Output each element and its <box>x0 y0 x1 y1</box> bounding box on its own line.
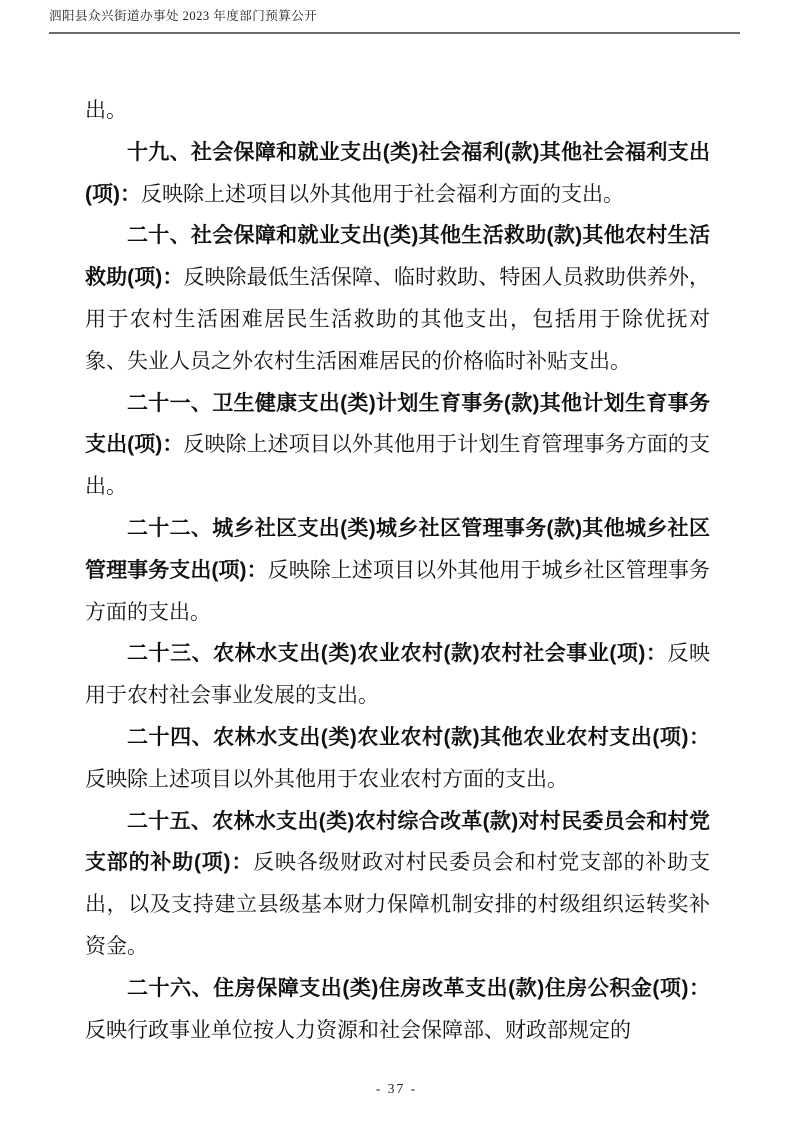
budget-item-25: 二十五、农林水支出(类)农村综合改革(款)对村民委员会和村党支部的补助(项)：反… <box>85 801 710 968</box>
budget-item-19: 十九、社会保障和就业支出(类)社会福利(款)其他社会福利支出(项)：反映除上述项… <box>85 132 710 216</box>
budget-item-20: 二十、社会保障和就业支出(类)其他生活救助(款)其他农村生活救助(项)：反映除最… <box>85 215 710 382</box>
page-number: - 37 - <box>376 1081 417 1096</box>
header-title: 泗阳县众兴街道办事处 2023 年度部门预算公开 <box>49 8 740 32</box>
page-footer: - 37 - <box>0 1080 793 1098</box>
page-header: 泗阳县众兴街道办事处 2023 年度部门预算公开 <box>49 8 740 34</box>
item-24-heading: 二十四、农林水支出(类)农业农村(款)其他农业农村支出(项)： <box>127 726 710 749</box>
budget-item-22: 二十二、城乡社区支出(类)城乡社区管理事务(款)其他城乡社区管理事务支出(项)：… <box>85 508 710 633</box>
budget-item-26: 二十六、住房保障支出(类)住房改革支出(款)住房公积金(项)：反映行政事业单位按… <box>85 968 710 1052</box>
budget-item-21: 二十一、卫生健康支出(类)计划生育事务(款)其他计划生育事务支出(项)：反映除上… <box>85 383 710 508</box>
document-body: 出。 十九、社会保障和就业支出(类)社会福利(款)其他社会福利支出(项)：反映除… <box>85 90 710 1051</box>
document-page: 泗阳县众兴街道办事处 2023 年度部门预算公开 出。 十九、社会保障和就业支出… <box>0 0 793 1122</box>
item-26-description: 反映行政事业单位按人力资源和社会保障部、财政部规定的 <box>85 1018 631 1042</box>
item-23-heading: 二十三、农林水支出(类)农业农村(款)农村社会事业(项)： <box>127 642 667 665</box>
header-rule <box>49 32 740 34</box>
item-19-description: 反映除上述项目以外其他用于社会福利方面的支出。 <box>141 182 624 206</box>
item-24-description: 反映除上述项目以外其他用于农业农村方面的支出。 <box>85 767 568 791</box>
budget-item-24: 二十四、农林水支出(类)农业农村(款)其他农业农村支出(项)：反映除上述项目以外… <box>85 717 710 801</box>
paragraph-continuation: 出。 <box>85 90 710 132</box>
budget-item-23: 二十三、农林水支出(类)农业农村(款)农村社会事业(项)：反映用于农村社会事业发… <box>85 633 710 717</box>
item-26-heading: 二十六、住房保障支出(类)住房改革支出(款)住房公积金(项)： <box>127 977 710 1000</box>
